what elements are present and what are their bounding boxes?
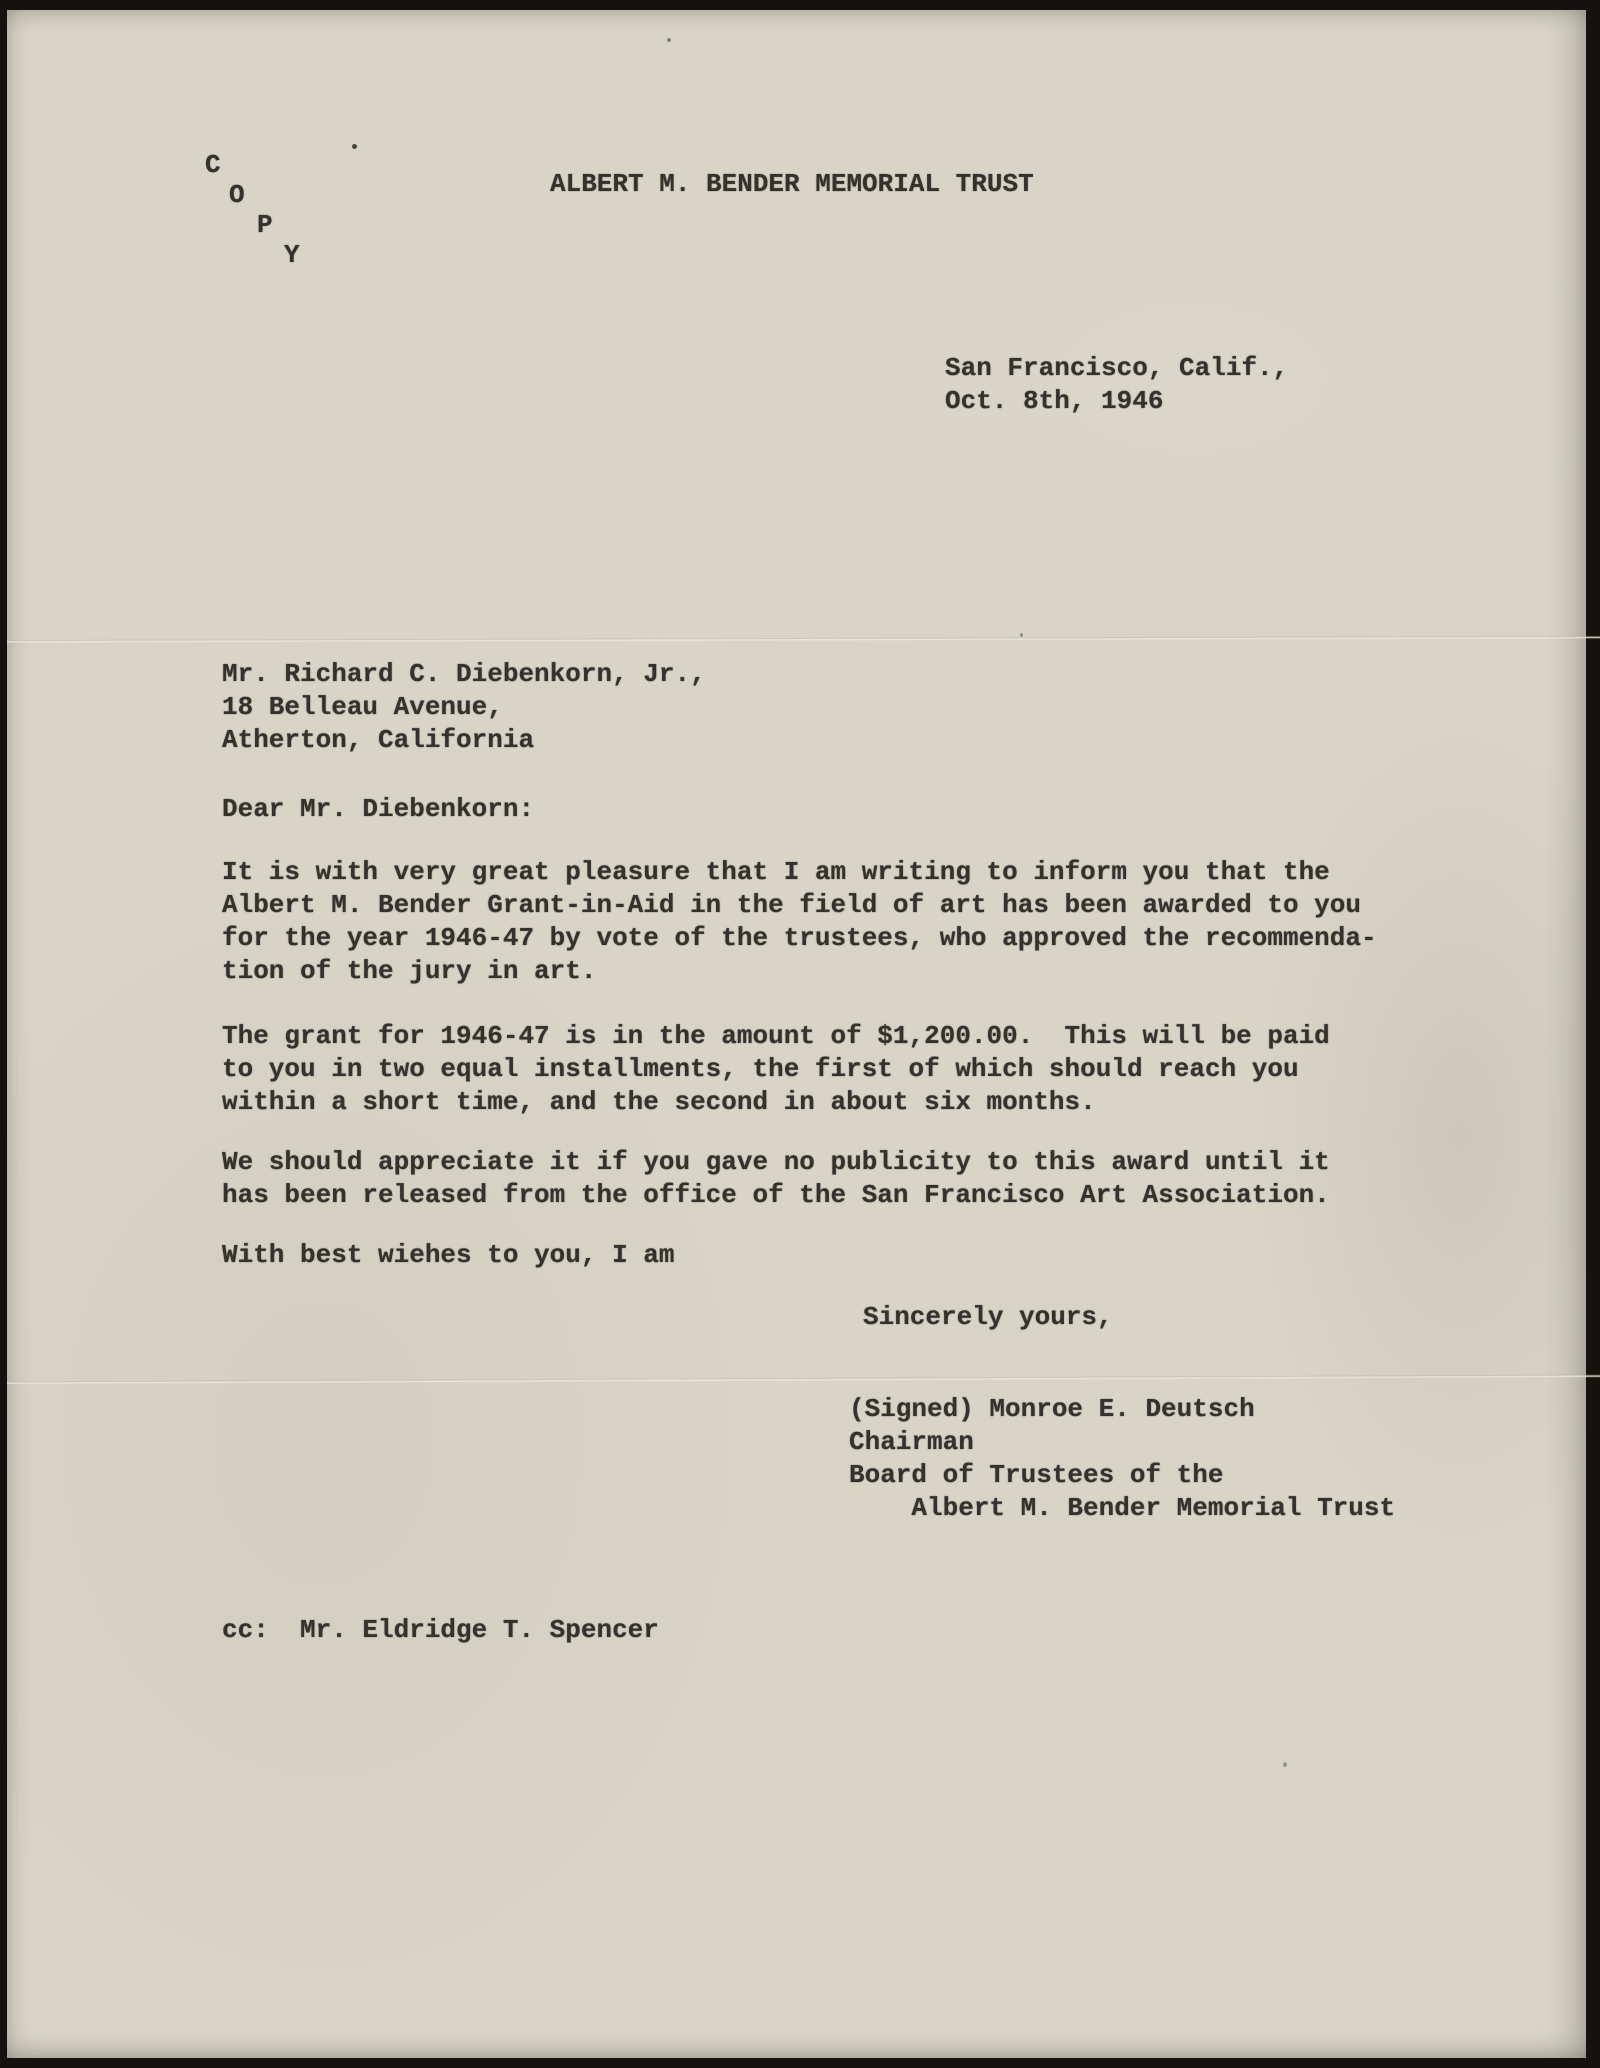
- paragraph-line: Albert M. Bender Grant-in-Aid in the fie…: [222, 889, 1361, 922]
- ink-speck: [1283, 1762, 1287, 1767]
- recipient-name: Mr. Richard C. Diebenkorn, Jr.,: [222, 658, 706, 691]
- signature-name: (Signed) Monroe E. Deutsch: [849, 1393, 1255, 1426]
- copy-stamp-letter: O: [229, 179, 245, 212]
- ink-speck: [667, 38, 671, 42]
- fold-crease-upper: [7, 636, 1600, 643]
- copy-stamp-letter: C: [205, 149, 221, 182]
- ink-speck: [1020, 633, 1023, 637]
- copy-stamp-letter: P: [257, 209, 273, 242]
- copy-stamp-letter: Y: [284, 239, 300, 272]
- signature-org-line1: Board of Trustees of the: [849, 1459, 1223, 1492]
- paragraph-line: to you in two equal installments, the fi…: [222, 1053, 1299, 1086]
- salutation: Dear Mr. Diebenkorn:: [222, 793, 534, 826]
- closing-line: With best wiehes to you, I am: [222, 1239, 674, 1272]
- paragraph-line: We should appreciate it if you gave no p…: [222, 1146, 1330, 1179]
- ink-speck: [352, 144, 357, 149]
- paragraph-line: tion of the jury in art.: [222, 955, 596, 988]
- fold-crease-lower: [7, 1375, 1600, 1385]
- signature-title: Chairman: [849, 1426, 974, 1459]
- paragraph-line: within a short time, and the second in a…: [222, 1086, 1096, 1119]
- cc-line: cc: Mr. Eldridge T. Spencer: [222, 1614, 659, 1647]
- scanned-letter: C O P Y ALBERT M. BENDER MEMORIAL TRUST …: [0, 0, 1600, 2068]
- paragraph-line: It is with very great pleasure that I am…: [222, 856, 1330, 889]
- signature-org-line2: Albert M. Bender Memorial Trust: [849, 1492, 1395, 1525]
- paragraph-line: for the year 1946-47 by vote of the trus…: [222, 922, 1377, 955]
- dateline-date: Oct. 8th, 1946: [945, 385, 1163, 418]
- paragraph-line: The grant for 1946-47 is in the amount o…: [222, 1020, 1330, 1053]
- valediction: Sincerely yours,: [863, 1301, 1113, 1334]
- paragraph-line: has been released from the office of the…: [222, 1179, 1330, 1212]
- letter-paper: C O P Y ALBERT M. BENDER MEMORIAL TRUST …: [7, 10, 1586, 2058]
- dateline-place: San Francisco, Calif.,: [945, 352, 1288, 385]
- recipient-street: 18 Belleau Avenue,: [222, 691, 503, 724]
- letterhead-title: ALBERT M. BENDER MEMORIAL TRUST: [550, 168, 1034, 201]
- recipient-city: Atherton, California: [222, 724, 534, 757]
